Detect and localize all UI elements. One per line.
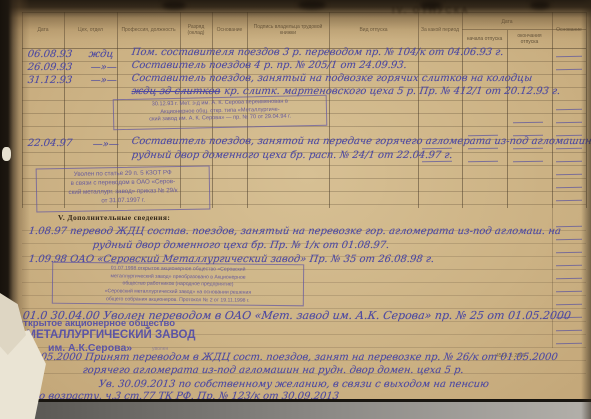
entry-date: 26.09.93 bbox=[27, 62, 73, 73]
ink-dash bbox=[556, 148, 582, 150]
rename-1993-stamp: 30.12.93 г. Мет. з-д им. А. К. Серова пе… bbox=[113, 95, 328, 130]
ink-dash bbox=[556, 109, 582, 111]
ditto-mark: —»— bbox=[90, 62, 117, 73]
ink-dash bbox=[513, 148, 543, 150]
grid-line-v bbox=[507, 30, 508, 208]
col-header-signature: Подпись владельца трудовой книжки bbox=[247, 13, 329, 47]
col-header-leave-end: окончания отпуска bbox=[507, 30, 552, 48]
ink-dash bbox=[556, 56, 582, 58]
ditto-mark: —»— bbox=[90, 75, 117, 86]
ink-dash bbox=[422, 161, 452, 163]
ink-dash bbox=[556, 187, 582, 189]
ditto-mark: —»— bbox=[92, 139, 119, 150]
ink-dash bbox=[556, 278, 582, 280]
note-line: 1.08.97 перевод ЖДЦ состав. поездов, зан… bbox=[28, 226, 562, 237]
col-header-grade: Разряд (оклад) bbox=[180, 13, 212, 47]
struck-text: ждц зд слитков bbox=[131, 86, 221, 97]
col-header-profession: Профессия, должность bbox=[117, 13, 180, 47]
entry-text: Пом. составителя поездов 3 р. переводом … bbox=[131, 47, 504, 58]
ink-dash bbox=[556, 69, 582, 71]
scan-smudge bbox=[420, 1, 442, 9]
ink-dash bbox=[556, 343, 582, 345]
note-line: горячего агломерата из-под агломашин на … bbox=[82, 365, 464, 376]
ink-dash bbox=[556, 161, 582, 163]
note-line: Ув. 30.09.2013 по собственному желанию, … bbox=[98, 379, 490, 390]
section-v-title: V. Дополнительные сведения: bbox=[58, 213, 170, 222]
org-stamp-note: уволен bbox=[152, 346, 168, 352]
ink-dash bbox=[556, 304, 582, 306]
col-header-leave-basis: Основание bbox=[552, 13, 586, 47]
entry-text: Составитель поездов, занятый на подвозке… bbox=[131, 73, 533, 84]
entry-date: 06.08.93 bbox=[27, 49, 73, 60]
entry-text: Составитель поездов 4 р. пр. № 205/1 от … bbox=[131, 60, 407, 71]
col-header-leave-period: За какой период bbox=[418, 13, 462, 47]
scanner-edge-bar bbox=[0, 399, 591, 419]
reorg-1998-stamp: 01.07.1998 открытое акционерное общество… bbox=[52, 262, 304, 307]
note-line: рудный двор доменного цеха бр. Пр. № 1/к… bbox=[92, 240, 390, 251]
scan-smudge bbox=[298, 0, 326, 9]
ruled-line bbox=[22, 165, 586, 166]
col-header-dept: Цех, отдел bbox=[64, 13, 117, 47]
entry-date: 31.12.93 bbox=[27, 75, 73, 86]
scan-smudge bbox=[162, 1, 186, 9]
ink-dash bbox=[556, 330, 582, 332]
ink-dash bbox=[556, 239, 582, 241]
ink-dash bbox=[468, 161, 498, 163]
entry-dept: ждц bbox=[88, 49, 114, 60]
org-stamp-line: «МЕТАЛЛУРГИЧЕСКИЙ ЗАВОД bbox=[20, 329, 195, 341]
ink-dash bbox=[556, 291, 582, 293]
entry-date: 22.04.97 bbox=[27, 138, 73, 149]
entry-text: ждц зд слитковкр. слитк. мартеновского ц… bbox=[131, 86, 561, 97]
ink-dash bbox=[556, 252, 582, 254]
org-stamp-line: Открытое акционерное общество bbox=[16, 318, 175, 329]
org-stamp-line: им. А.К.Серова» bbox=[48, 342, 132, 354]
ink-dash bbox=[556, 265, 582, 267]
ink-dash bbox=[556, 200, 582, 202]
scanned-workbook-page: IV. ОТПУСКА Дата Цех, отдел Профессия, д… bbox=[0, 0, 591, 419]
torn-paper-piece bbox=[2, 147, 11, 161]
ink-dash bbox=[556, 174, 582, 176]
grid-line-v bbox=[586, 12, 587, 208]
entry-text: рудный двор доменного цеха бр. расп. № 2… bbox=[131, 150, 453, 161]
col-header-basis: Основание bbox=[212, 13, 247, 47]
col-header-leave-kind: Вид отпуска bbox=[329, 13, 418, 47]
col-header-date-group: Дата bbox=[462, 14, 552, 29]
dismissal-1997-stamp: Уволен по статье 29 п. 5 КЗОТ РФ в связи… bbox=[36, 165, 211, 212]
ink-dash bbox=[513, 161, 543, 163]
ink-dash bbox=[513, 122, 543, 124]
scan-smudge bbox=[530, 1, 550, 9]
col-header-leave-start: начала отпуска bbox=[462, 30, 507, 48]
ink-dash bbox=[556, 122, 582, 124]
entry-text: Составитель поездов, занятой на передаче… bbox=[131, 136, 591, 147]
stamp-line: общего собрания акционеров. Протокол № 2… bbox=[56, 295, 300, 305]
col-header-date: Дата bbox=[22, 13, 64, 47]
stamp-line: от 31.07.1997 г. bbox=[40, 196, 206, 208]
ink-dash bbox=[468, 148, 498, 150]
